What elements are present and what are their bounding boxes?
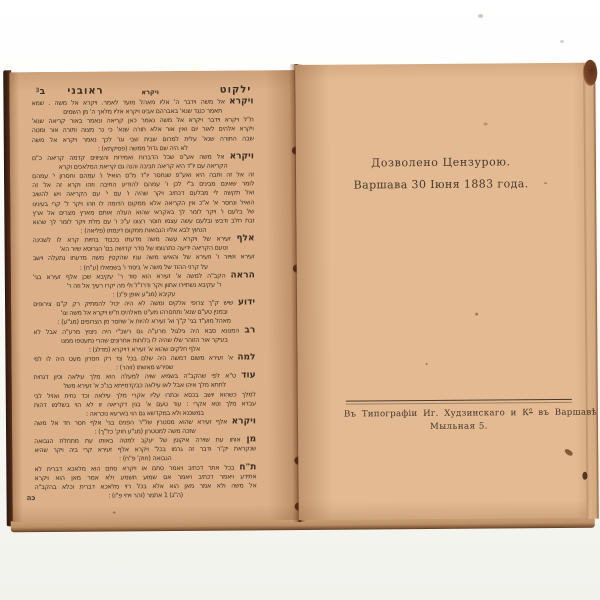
- imprint-printer-name: Въ Типографіи Иг. Худзинскаго и К: [344, 408, 529, 419]
- page-signature-letter: ב: [40, 87, 46, 97]
- hebrew-text-column: ויקרא אל משה וידבר ה' אליו מאהל מועד לאמ…: [31, 97, 256, 509]
- censor-date-text: Варшава 30 Іюня 1883 года.: [316, 177, 566, 192]
- text-line: (ה"ג) 1 אתמר (זהר ויחי פ"ו) :: [35, 490, 257, 501]
- imprint-address-text: Мыльная 5.: [344, 421, 574, 433]
- catchword: עוד: [241, 372, 255, 381]
- page-speck: [484, 123, 488, 126]
- catchword: הראה: [230, 271, 254, 280]
- catchword: ויקרא: [232, 417, 256, 426]
- imprint-rule: [346, 399, 572, 405]
- text-line: זעירא ושיור ו' וזעירא של והאיש משה עניו …: [33, 253, 255, 264]
- running-head: ילקוט ויקרא ראובני ב3: [33, 84, 259, 98]
- imprint-printer-text: Въ Типографіи Иг. Худзинскаго и Ко въ Ва…: [344, 407, 574, 420]
- catchword: אלף: [236, 234, 254, 243]
- page-speck: [475, 313, 478, 316]
- page-signature-small-mark: 3: [35, 87, 39, 94]
- background-speck: [478, 14, 483, 18]
- catchword: ידוע: [238, 298, 255, 307]
- catchword: ויקרא: [229, 97, 253, 106]
- running-head-title-right: ילקוט: [220, 84, 252, 95]
- catchword: למה: [237, 353, 255, 362]
- censor-permission-text: Дозволено Цензурою.: [316, 155, 566, 170]
- catchword: ת"ח: [239, 463, 256, 472]
- page-speck: [544, 182, 547, 184]
- open-book: ילקוט ויקרא ראובני ב3 ויקרא אל משה וידבר…: [3, 62, 599, 533]
- quire-mark: כה: [27, 494, 36, 502]
- background-speck: [560, 40, 564, 43]
- cover-corner-blotch: [583, 60, 597, 86]
- catchword: ויקרא: [230, 152, 254, 161]
- book-photograph: ילקוט ויקרא ראובני ב3 ויקרא אל משה וידבר…: [0, 0, 600, 600]
- catchword: רב: [244, 326, 255, 335]
- page-signature-mark: ב3: [35, 87, 45, 97]
- censor-stamp: Дозволено Цензурою. Варшава 30 Іюня 1883…: [316, 155, 566, 192]
- right-page: Дозволено Цензурою. Варшава 30 Іюня 1883…: [295, 63, 587, 520]
- page-stain: [582, 472, 587, 480]
- foxing-spot: [113, 511, 116, 513]
- left-page: ילקוט ויקרא ראובני ב3 ויקרא אל משה וידבר…: [9, 70, 299, 522]
- catchword: מן: [246, 436, 256, 445]
- text-line: שבה התורה שנא' עלית למרום שבית שבי וגו' …: [32, 134, 254, 145]
- imprint-city: въ Варшавѣ: [533, 408, 597, 419]
- printer-imprint: Въ Типографіи Иг. Худзинскаго и Ко въ Ва…: [344, 399, 574, 433]
- page-speck: [426, 363, 428, 365]
- running-head-title-left: ראובני: [67, 86, 103, 97]
- running-head-title-middle: ויקרא: [141, 88, 159, 96]
